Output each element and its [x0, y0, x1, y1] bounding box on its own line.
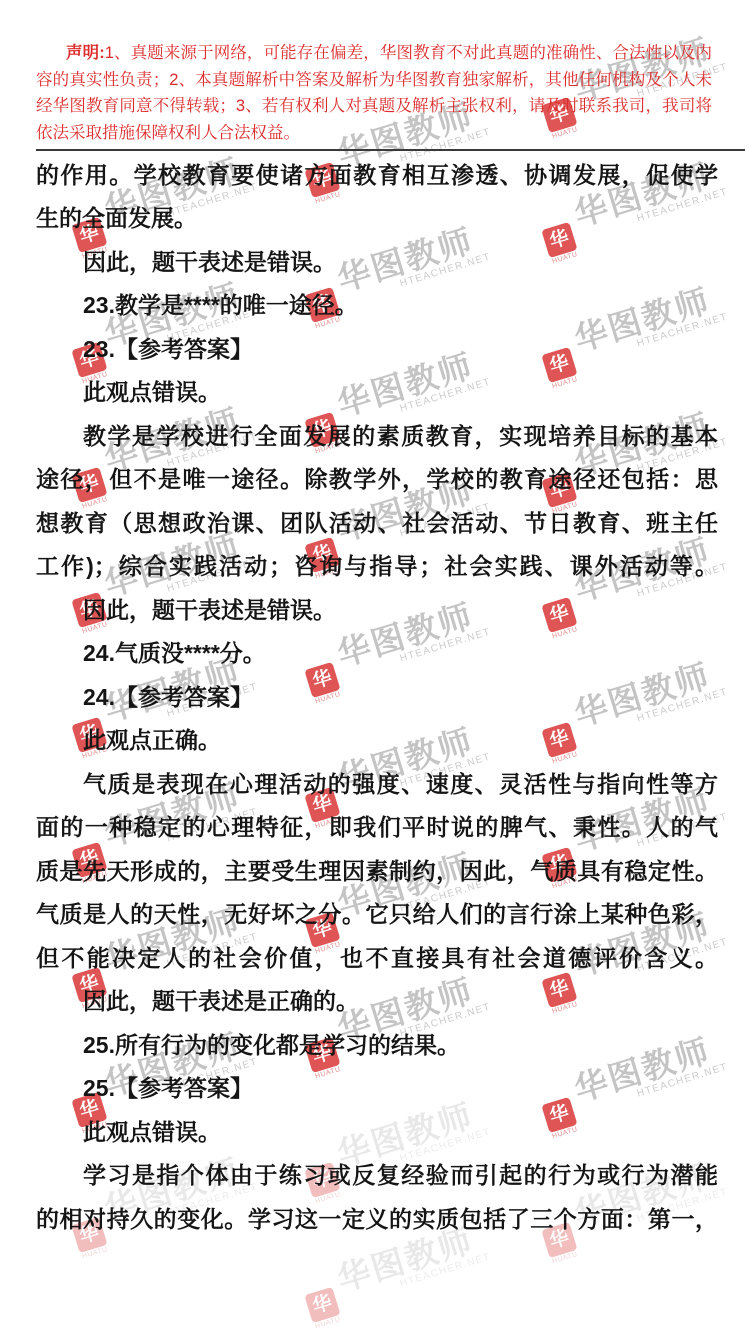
body-line: 质是先天形成的，主要受生理因素制约，因此，气质具有稳定性。	[36, 850, 718, 894]
body-line: 生的全面发展。	[36, 197, 718, 241]
body-line: 的作用。学校教育要使诸方面教育相互渗透、协调发展，促使学	[36, 154, 718, 198]
disclaimer: 声明:1、真题来源于网络，可能存在偏差，华图教育不对此真题的准确性、合法性以及内…	[36, 40, 712, 147]
document-page: 华HUATU华图教师HTEACHER.NET华HUATU华图教师HTEACHER…	[0, 0, 748, 1334]
body-line: 教学是学校进行全面发展的素质教育，实现培养目标的基本	[36, 415, 718, 459]
body-line: 因此，题干表述是错误。	[36, 241, 718, 285]
body-line: 工作)；综合实践活动；咨询与指导；社会实践、课外活动等。	[36, 545, 718, 589]
body-line: 25.所有行为的变化都是学习的结果。	[36, 1024, 718, 1068]
body-line: 因此，题干表述是正确的。	[36, 980, 718, 1024]
body-line: 24.气质没****分。	[36, 632, 718, 676]
disclaimer-label: 声明:	[66, 44, 105, 62]
body-line: 途径，但不是唯一途径。除教学外，学校的教育途径还包括：思	[36, 458, 718, 502]
body-line: 25.【参考答案】	[36, 1067, 718, 1111]
disclaimer-line: 容的真实性负责；2、本真题解析中答案及解析为华图教育独家解析，其他任何机构及个人…	[36, 67, 712, 94]
document-body: 的作用。学校教育要使诸方面教育相互渗透、协调发展，促使学生的全面发展。因此，题干…	[36, 154, 718, 1242]
body-line: 此观点错误。	[36, 371, 718, 415]
divider-rule	[36, 149, 745, 151]
body-line: 的相对持久的变化。学习这一定义的实质包括了三个方面：第一，	[36, 1198, 718, 1242]
body-line: 学习是指个体由于练习或反复经验而引起的行为或行为潜能	[36, 1154, 718, 1198]
body-line: 面的一种稳定的心理特征，即我们平时说的脾气、秉性。人的气	[36, 806, 718, 850]
document-content: 声明:1、真题来源于网络，可能存在偏差，华图教育不对此真题的准确性、合法性以及内…	[0, 0, 748, 1334]
body-line: 因此，题干表述是错误。	[36, 589, 718, 633]
body-line: 想教育（思想政治课、团队活动、社会活动、节日教育、班主任	[36, 502, 718, 546]
body-line: 此观点正确。	[36, 719, 718, 763]
disclaimer-line: 经华图教育同意不得转载；3、若有权利人对真题及解析主张权利，请及时联系我司，我司…	[36, 93, 712, 120]
body-line: 24.【参考答案】	[36, 676, 718, 720]
body-line: 此观点错误。	[36, 1111, 718, 1155]
disclaimer-line: 声明:1、真题来源于网络，可能存在偏差，华图教育不对此真题的准确性、合法性以及内	[36, 40, 712, 67]
body-line: 23.【参考答案】	[36, 328, 718, 372]
body-line: 气质是表现在心理活动的强度、速度、灵活性与指向性等方	[36, 763, 718, 807]
body-line: 23.教学是****的唯一途径。	[36, 284, 718, 328]
body-line: 气质是人的天性，无好坏之分。它只给人们的言行涂上某种色彩，	[36, 893, 718, 937]
disclaimer-line-text: 1、真题来源于网络，可能存在偏差，华图教育不对此真题的准确性、合法性以及内	[105, 44, 712, 62]
body-line: 但不能决定人的社会价值，也不直接具有社会道德评价含义。	[36, 937, 718, 981]
disclaimer-line: 依法采取措施保障权利人合法权益。	[36, 120, 712, 147]
